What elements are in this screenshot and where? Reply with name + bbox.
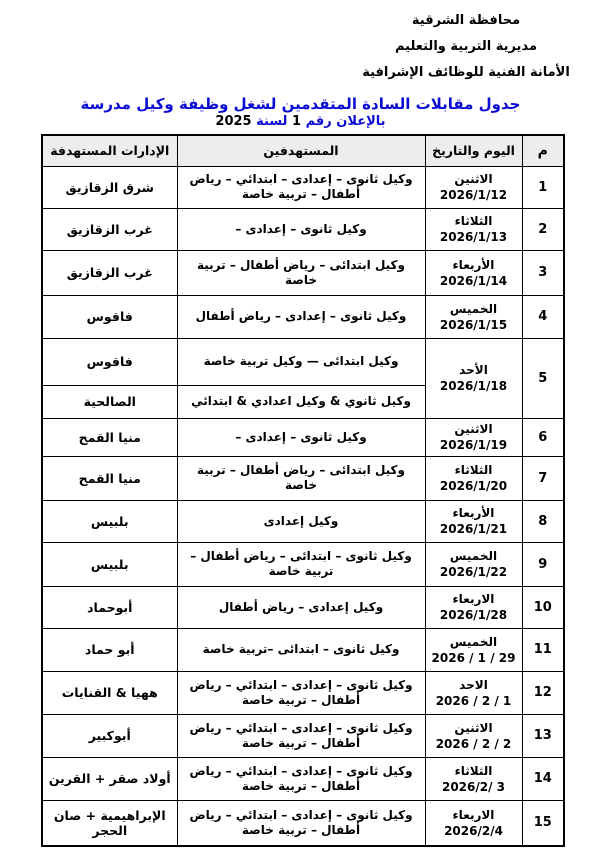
cell-targets: وكيل إعدادى <box>177 500 425 542</box>
cell-no: 6 <box>522 418 564 456</box>
day-label: الخميس <box>429 301 519 317</box>
date-value: 2026/1/15 <box>429 317 519 333</box>
announcement-middle: لسنة <box>256 114 287 129</box>
cell-departments: بلبيس <box>42 500 177 542</box>
table-row: 4 الخميس2026/1/15 وكيل ثانوى – إعدادى – … <box>42 295 564 338</box>
announcement-year: 2025 <box>215 114 251 129</box>
cell-targets: وكيل ثانوى – إعدادى – ابتدائي – رياض أطف… <box>177 757 425 800</box>
cell-no: 15 <box>522 800 564 846</box>
cell-no: 12 <box>522 671 564 714</box>
cell-departments: فاقوس <box>42 295 177 338</box>
cell-no: 14 <box>522 757 564 800</box>
cell-day-date: الخميس2026 / 1 / 29 <box>425 628 522 671</box>
date-value: 2026/1/21 <box>429 521 519 537</box>
table-row: 11 الخميس2026 / 1 / 29 وكيل ثانوى – ابتد… <box>42 628 564 671</box>
table-row: 8 الأربعاء2026/1/21 وكيل إعدادى بلبيس <box>42 500 564 542</box>
cell-departments: منيا القمح <box>42 456 177 500</box>
header-day-date: اليوم والتاريخ <box>425 135 522 166</box>
org-line-governorate: محافظة الشرقية <box>331 8 601 34</box>
date-value: 2026/1/20 <box>429 478 519 494</box>
table-row: 7 الثلاثاء2026/1/20 وكيل ابتدائى – رياض … <box>42 456 564 500</box>
cell-no: 5 <box>522 338 564 418</box>
cell-departments: ههيا & القنايات <box>42 671 177 714</box>
day-label: الاثنين <box>429 720 519 736</box>
cell-day-date: الأربعاء2026/1/14 <box>425 250 522 295</box>
cell-day-date: الاحد2026 / 2 / 1 <box>425 671 522 714</box>
organization-header: محافظة الشرقية مديرية التربية والتعليم ا… <box>331 8 601 86</box>
org-line-secretariat: الأمانة الفنية للوظائف الإشرافية <box>331 60 601 86</box>
cell-day-date: الاربعاء2026/2/4 <box>425 800 522 846</box>
day-label: الأربعاء <box>429 257 519 273</box>
day-label: الخميس <box>429 548 519 564</box>
cell-departments: منيا القمح <box>42 418 177 456</box>
day-label: الأربعاء <box>429 505 519 521</box>
cell-day-date: الاثنين2026 / 2 / 2 <box>425 714 522 757</box>
cell-departments: بلبيس <box>42 542 177 586</box>
announcement-prefix: بالإعلان رقم <box>306 114 386 129</box>
day-label: الثلاثاء <box>429 763 519 779</box>
cell-day-date: الثلاثاء2026/2/ 3 <box>425 757 522 800</box>
date-value: 2026/1/12 <box>429 187 519 203</box>
cell-targets: وكيل ثانوى – إعدادى – ابتدائي – رياض أطف… <box>177 166 425 208</box>
cell-targets: وكيل ابتدائى – رياض أطفال – تربية خاصة <box>177 250 425 295</box>
cell-no: 11 <box>522 628 564 671</box>
table-row: 15 الاربعاء2026/2/4 وكيل ثانوى – إعدادى … <box>42 800 564 846</box>
table-header-row: م اليوم والتاريخ المستهدفين الإدارات الم… <box>42 135 564 166</box>
cell-targets: وكيل إعدادى – رياض أطفال <box>177 586 425 628</box>
cell-no: 7 <box>522 456 564 500</box>
cell-departments: الإبراهيمية + صان الحجر <box>42 800 177 846</box>
table-row: 13 الاثنين2026 / 2 / 2 وكيل ثانوى – إعدا… <box>42 714 564 757</box>
table-row: 5 الأحد2026/1/18 وكيل ابتدائى — وكيل ترب… <box>42 338 564 385</box>
cell-targets: وكيل ثانوى – إعدادى – ابتدائي – رياض أطف… <box>177 714 425 757</box>
cell-departments: الصالحية <box>42 385 177 418</box>
cell-departments: أبوحماد <box>42 586 177 628</box>
day-label: الخميس <box>429 634 519 650</box>
table-row: 14 الثلاثاء2026/2/ 3 وكيل ثانوى – إعدادى… <box>42 757 564 800</box>
cell-targets: وكيل ثانوى – إعدادى – <box>177 418 425 456</box>
cell-targets: وكيل ثانوى – إعدادى – ابتدائي – رياض أطف… <box>177 800 425 846</box>
cell-day-date: الثلاثاء2026/1/20 <box>425 456 522 500</box>
day-label: الاثنين <box>429 421 519 437</box>
table-row: 9 الخميس2026/1/22 وكيل ثانوى – ابتدائى –… <box>42 542 564 586</box>
date-value: 2026/1/18 <box>429 378 519 394</box>
cell-targets: وكيل ثانوي & وكيل اعدادي & ابتدائي <box>177 385 425 418</box>
date-value: 2026/2/4 <box>429 823 519 839</box>
table-row: 12 الاحد2026 / 2 / 1 وكيل ثانوى – إعدادى… <box>42 671 564 714</box>
day-label: الاحد <box>429 677 519 693</box>
cell-no: 10 <box>522 586 564 628</box>
day-label: الأحد <box>429 362 519 378</box>
cell-no: 3 <box>522 250 564 295</box>
announcement-line: بالإعلان رقم 1 لسنة 2025 <box>0 114 601 130</box>
cell-day-date: الثلاثاء2026/1/13 <box>425 208 522 250</box>
day-label: الاثنين <box>429 171 519 187</box>
header-no: م <box>522 135 564 166</box>
date-value: 2026/1/14 <box>429 273 519 289</box>
cell-day-date: الأربعاء2026/1/21 <box>425 500 522 542</box>
page-title: جدول مقابلات السادة المتقدمين لشغل وظيفة… <box>0 95 601 113</box>
cell-targets: وكيل ثانوى – ابتدائى –تربية خاصة <box>177 628 425 671</box>
document-title-block: جدول مقابلات السادة المتقدمين لشغل وظيفة… <box>0 95 601 130</box>
cell-departments: أولاد صقر + القرين <box>42 757 177 800</box>
cell-departments: شرق الزقازيق <box>42 166 177 208</box>
cell-departments: أبوكبير <box>42 714 177 757</box>
day-label: الثلاثاء <box>429 213 519 229</box>
cell-departments: أبو حماد <box>42 628 177 671</box>
announcement-number: 1 <box>292 114 301 129</box>
cell-targets: وكيل ثانوى – ابتدائى – رياض أطفال – تربي… <box>177 542 425 586</box>
cell-day-date: الأحد2026/1/18 <box>425 338 522 418</box>
cell-day-date: الاربعاء2026/1/28 <box>425 586 522 628</box>
date-value: 2026/2/ 3 <box>429 779 519 795</box>
table-row: 3 الأربعاء2026/1/14 وكيل ابتدائى – رياض … <box>42 250 564 295</box>
cell-no: 2 <box>522 208 564 250</box>
cell-targets: وكيل ابتدائى – رياض أطفال – تربية خاصة <box>177 456 425 500</box>
cell-day-date: الخميس2026/1/22 <box>425 542 522 586</box>
day-label: الاربعاء <box>429 807 519 823</box>
date-value: 2026 / 2 / 2 <box>429 736 519 752</box>
cell-day-date: الاثنين2026/1/12 <box>425 166 522 208</box>
header-departments: الإدارات المستهدفة <box>42 135 177 166</box>
cell-targets: وكيل ثانوى – إعدادى – ابتدائي – رياض أطف… <box>177 671 425 714</box>
cell-no: 8 <box>522 500 564 542</box>
cell-targets: وكيل ثانوى – إعدادى – <box>177 208 425 250</box>
header-targets: المستهدفين <box>177 135 425 166</box>
cell-departments: غرب الزقازيق <box>42 250 177 295</box>
date-value: 2026/1/13 <box>429 229 519 245</box>
interview-schedule-table: م اليوم والتاريخ المستهدفين الإدارات الم… <box>41 134 565 847</box>
date-value: 2026 / 1 / 29 <box>429 650 519 666</box>
cell-no: 4 <box>522 295 564 338</box>
date-value: 2026/1/22 <box>429 564 519 580</box>
date-value: 2026/1/28 <box>429 607 519 623</box>
table-row: 6 الاثنين2026/1/19 وكيل ثانوى – إعدادى –… <box>42 418 564 456</box>
cell-day-date: الاثنين2026/1/19 <box>425 418 522 456</box>
cell-targets: وكيل ابتدائى — وكيل تربية خاصة <box>177 338 425 385</box>
org-line-directorate: مديرية التربية والتعليم <box>331 34 601 60</box>
day-label: الاربعاء <box>429 591 519 607</box>
table-row: 2 الثلاثاء2026/1/13 وكيل ثانوى – إعدادى … <box>42 208 564 250</box>
table-row: 1 الاثنين2026/1/12 وكيل ثانوى – إعدادى –… <box>42 166 564 208</box>
cell-no: 9 <box>522 542 564 586</box>
date-value: 2026 / 2 / 1 <box>429 693 519 709</box>
cell-targets: وكيل ثانوى – إعدادى – رياض أطفال <box>177 295 425 338</box>
day-label: الثلاثاء <box>429 462 519 478</box>
cell-no: 1 <box>522 166 564 208</box>
cell-departments: غرب الزقازيق <box>42 208 177 250</box>
cell-no: 13 <box>522 714 564 757</box>
table-row: 10 الاربعاء2026/1/28 وكيل إعدادى – رياض … <box>42 586 564 628</box>
cell-day-date: الخميس2026/1/15 <box>425 295 522 338</box>
cell-departments: فاقوس <box>42 338 177 385</box>
date-value: 2026/1/19 <box>429 437 519 453</box>
